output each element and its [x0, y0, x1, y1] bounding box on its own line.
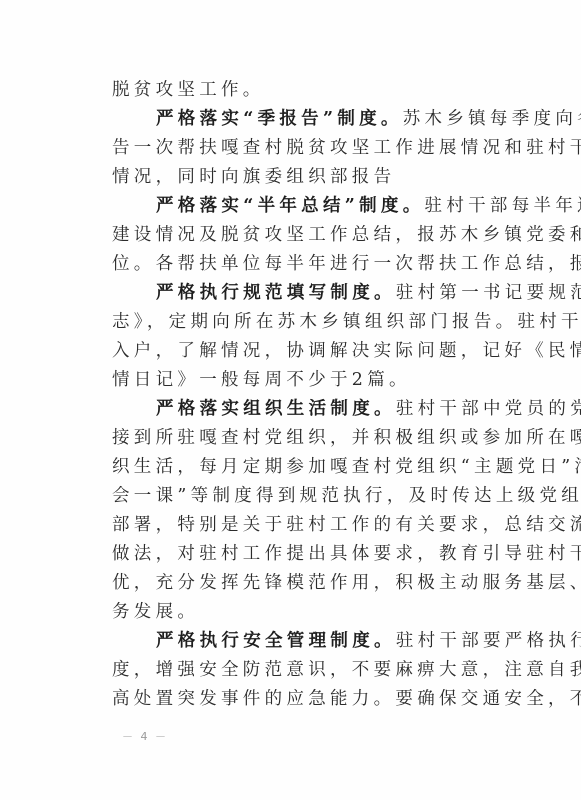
body-text: 脱贫攻坚工作。 严格落实“季报告”制度。苏木乡镇每季度向各帮扶单位报 告一次帮扶… [112, 76, 537, 714]
text-line: 度，增强安全防范意识，不要麻痹大意，注意自我保护，不断提 [112, 656, 537, 685]
text-line: 接到所驻嘎查村党组织，并积极组织或参加所在嘎查村党组织组 [112, 424, 537, 453]
paragraph-first-line: 严格落实组织生活制度。驻村干部中党员的党组织关系要转 [112, 395, 537, 424]
text-line: 苏木乡镇每季度向各帮扶单位报 [403, 109, 581, 129]
paragraph-first-line: 严格执行安全管理制度。驻村干部要严格执行安全管理制 [112, 627, 537, 656]
text-line: 情日记》一般每周不少于2篇。 [112, 366, 537, 395]
text-line: 位。各帮扶单位每半年进行一次帮扶工作总结，报旗委组织部。 [112, 250, 537, 279]
text-line: 脱贫攻坚工作。 [112, 76, 537, 105]
text-line: 会一课”等制度得到规范执行，及时传达上级党组织的有关决策 [112, 482, 537, 511]
text-line: 做法，对驻村工作提出具体要求，教育引导驻村干部带头争先创 [112, 540, 537, 569]
text-line: 织生活，每月定期参加嘎查村党组织“主题党日”活动，促进“三 [112, 453, 537, 482]
text-line: 高处置突发事件的应急能力。要确保交通安全，不要走夜路赶远 [112, 685, 537, 714]
text-line: 驻村第一书记要规范撰写《工作日 [396, 283, 581, 303]
page-number: － 4 － [122, 728, 168, 744]
section-heading: 严格执行安全管理制度。 [156, 631, 396, 651]
document-page: 脱贫攻坚工作。 严格落实“季报告”制度。苏木乡镇每季度向各帮扶单位报 告一次帮扶… [0, 0, 581, 800]
text-line: 优，充分发挥先锋模范作用，积极主动服务基层、服务群众、服 [112, 569, 537, 598]
section-heading: 严格执行规范填写制度。 [156, 283, 396, 303]
text-line: 志》，定期向所在苏木乡镇组织部门报告。驻村干部要定期走访 [112, 308, 537, 337]
section-heading: 严格落实“半年总结”制度。 [156, 196, 425, 216]
section-heading: 严格落实“季报告”制度。 [156, 109, 403, 129]
text-line: 部署，特别是关于驻村工作的有关要求，总结交流驻村工作经验 [112, 511, 537, 540]
text-line: 入户，了解情况，协调解决实际问题，记好《民情日记》；《民 [112, 337, 537, 366]
paragraph-first-line: 严格落实“季报告”制度。苏木乡镇每季度向各帮扶单位报 [112, 105, 537, 134]
text-line: 务发展。 [112, 598, 537, 627]
text-line: 驻村干部中党员的党组织关系要转 [396, 399, 581, 419]
paragraph-first-line: 严格落实“半年总结”制度。驻村干部每半年进行一次思想 [112, 192, 537, 221]
text-line: 建设情况及脱贫攻坚工作总结，报苏木乡镇党委和各自派出单 [112, 221, 537, 250]
text-line: 驻村干部每半年进行一次思想 [425, 196, 581, 216]
text-line: 情况，同时向旗委组织部报告 [112, 163, 537, 192]
paragraph-first-line: 严格执行规范填写制度。驻村第一书记要规范撰写《工作日 [112, 279, 537, 308]
text-line: 驻村干部要严格执行安全管理制 [396, 631, 581, 651]
text-line: 告一次帮扶嘎查村脱贫攻坚工作进展情况和驻村干部现实表现 [112, 134, 537, 163]
section-heading: 严格落实组织生活制度。 [156, 399, 396, 419]
